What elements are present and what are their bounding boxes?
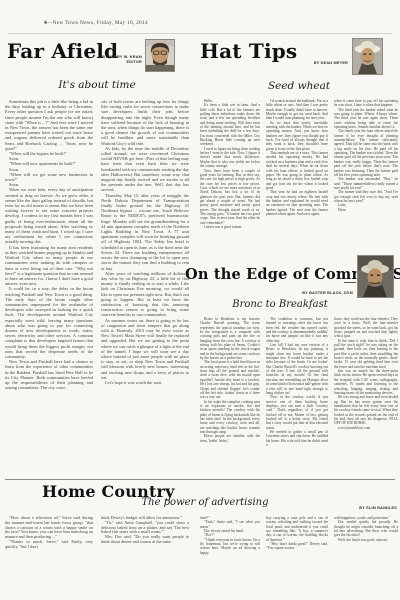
- byline-hat-tips: BY DEAN MEYER: [240, 61, 348, 66]
- jerry-kram-photo: [145, 39, 175, 72]
- byline-far-afield: BY JERRY W. KRAM EDITOR: [58, 55, 142, 64]
- jerry-kram-photo-art: [146, 40, 174, 71]
- hat-tips-column-3: when it came time to pay off his operati…: [334, 99, 398, 265]
- byline-name: BY DEAN MEYER: [240, 61, 348, 66]
- masthead-text: —New Town News, Friday, May 16, 2014: [47, 20, 148, 26]
- section-title-hat-tips: Hat Tips: [200, 39, 297, 63]
- home-country-column-3: time?""Yeah," Anita said, "I see what yo…: [200, 516, 260, 572]
- newspaper-page: 4—New Town News, Friday, May 16, 2014 Fa…: [0, 0, 400, 600]
- byline-name: BY BAXTER BLACK, DVM: [240, 291, 353, 296]
- masthead-rule: [8, 33, 392, 34]
- far-afield-column-1: Sometimes this job is a little like bein…: [5, 99, 93, 478]
- baxter-black-photo-art: [358, 256, 393, 297]
- common-sense-column-1: Bronc to Breakfast is my favorite Charli…: [200, 317, 260, 478]
- home-country-top-rule: [5, 479, 395, 480]
- far-afield-column-2: cils of both towns are beefing up fees f…: [101, 99, 189, 478]
- common-sense-column-3: horse, they could use the four-wheeler. …: [334, 317, 398, 478]
- home-country-column-4: boy carrying a cane pole and a can of wo…: [266, 516, 328, 572]
- hat-tips-column-1: Hello,It's been a little wet to farm. An…: [200, 99, 260, 265]
- headline-bronc-to-breakfast: Bronc to Breakfast: [185, 299, 375, 310]
- headline-its-about-time: It's about time: [5, 79, 189, 91]
- dean-meyer-photo: [352, 38, 383, 75]
- byline-common-sense: BY BAXTER BLACK, DVM: [240, 291, 353, 296]
- headline-power-of-advertising: The power of advertising: [30, 497, 380, 508]
- home-country-column-5: with happiness, youth, and patriotism."D…: [334, 516, 398, 572]
- headline-seed-wheat: Seed wheat: [200, 80, 398, 92]
- common-sense-column-2: The condition is common, but not limited…: [266, 317, 328, 478]
- hat-tips-column-2: I'd scratch around the badlands. Put in …: [266, 99, 328, 265]
- masthead: 4—New Town News, Friday, May 16, 2014: [44, 20, 148, 26]
- home-country-column-2: think Dewey's budget will allow for anim…: [101, 516, 189, 572]
- home-country-column-1: "How about a television ad," Steve said …: [5, 516, 93, 572]
- dean-meyer-photo-art: [353, 39, 382, 74]
- baxter-black-photo: [357, 255, 394, 298]
- title-dash-rule: [344, 282, 356, 283]
- byline-role: EDITOR: [58, 60, 142, 65]
